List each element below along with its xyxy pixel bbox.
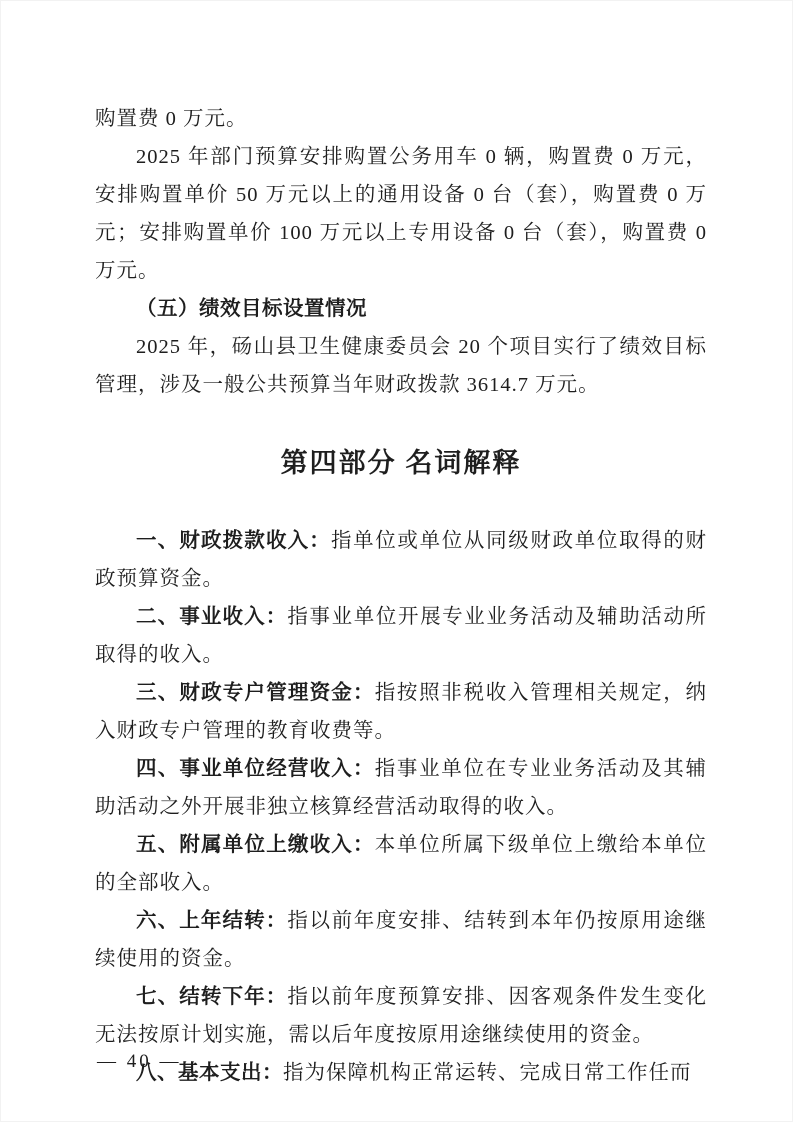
emphasis-text: 五、附属单位上缴收入：	[136, 833, 375, 856]
emphasis-text: 六、上年结转：	[136, 909, 287, 932]
body-text: 购置费 0 万元。	[95, 108, 248, 130]
body-text: 2025 年部门预算安排购置公务用车 0 辆，购置费 0 万元，安排购置单价 5…	[95, 146, 707, 282]
section-heading: 第四部分 名词解释	[95, 440, 707, 486]
paragraph: 一、财政拨款收入：指单位或单位从同级财政单位取得的财政预算资金。	[95, 522, 707, 598]
body-text: 指为保障机构正常运转、完成日常工作任而	[283, 1062, 692, 1084]
emphasis-text: 二、事业收入：	[136, 605, 287, 628]
emphasis-text: 四、事业单位经营收入：	[136, 757, 375, 780]
paragraph: 二、事业收入：指事业单位开展专业业务活动及辅助活动所取得的收入。	[95, 598, 707, 674]
paragraph: 七、结转下年：指以前年度预算安排、因客观条件发生变化无法按原计划实施，需以后年度…	[95, 978, 707, 1054]
emphasis-text: 三、财政专户管理资金：	[136, 681, 375, 704]
paragraph: 六、上年结转：指以前年度安排、结转到本年仍按原用途继续使用的资金。	[95, 902, 707, 978]
paragraph: 2025 年部门预算安排购置公务用车 0 辆，购置费 0 万元，安排购置单价 5…	[95, 138, 707, 290]
emphasis-text: 七、结转下年：	[136, 985, 287, 1008]
body-text: 2025 年，砀山县卫生健康委员会 20 个项目实行了绩效目标管理，涉及一般公共…	[95, 336, 707, 396]
emphasis-text: （五）绩效目标设置情况	[136, 297, 367, 320]
document-body: 购置费 0 万元。2025 年部门预算安排购置公务用车 0 辆，购置费 0 万元…	[95, 100, 707, 1092]
paragraph: 三、财政专户管理资金：指按照非税收入管理相关规定，纳入财政专户管理的教育收费等。	[95, 674, 707, 750]
paragraph: 2025 年，砀山县卫生健康委员会 20 个项目实行了绩效目标管理，涉及一般公共…	[95, 328, 707, 404]
paragraph: 五、附属单位上缴收入：本单位所属下级单位上缴给本单位的全部收入。	[95, 826, 707, 902]
emphasis-text: 一、财政拨款收入：	[136, 529, 331, 552]
paragraph: 购置费 0 万元。	[95, 100, 707, 138]
paragraph: 四、事业单位经营收入：指事业单位在专业业务活动及其辅助活动之外开展非独立核算经营…	[95, 750, 707, 826]
paragraph: 八、基本支出：指为保障机构正常运转、完成日常工作任而	[95, 1054, 707, 1092]
page-number: — 40 —	[97, 1051, 182, 1073]
document-page: 购置费 0 万元。2025 年部门预算安排购置公务用车 0 辆，购置费 0 万元…	[0, 0, 793, 1122]
paragraph: （五）绩效目标设置情况	[95, 290, 707, 328]
